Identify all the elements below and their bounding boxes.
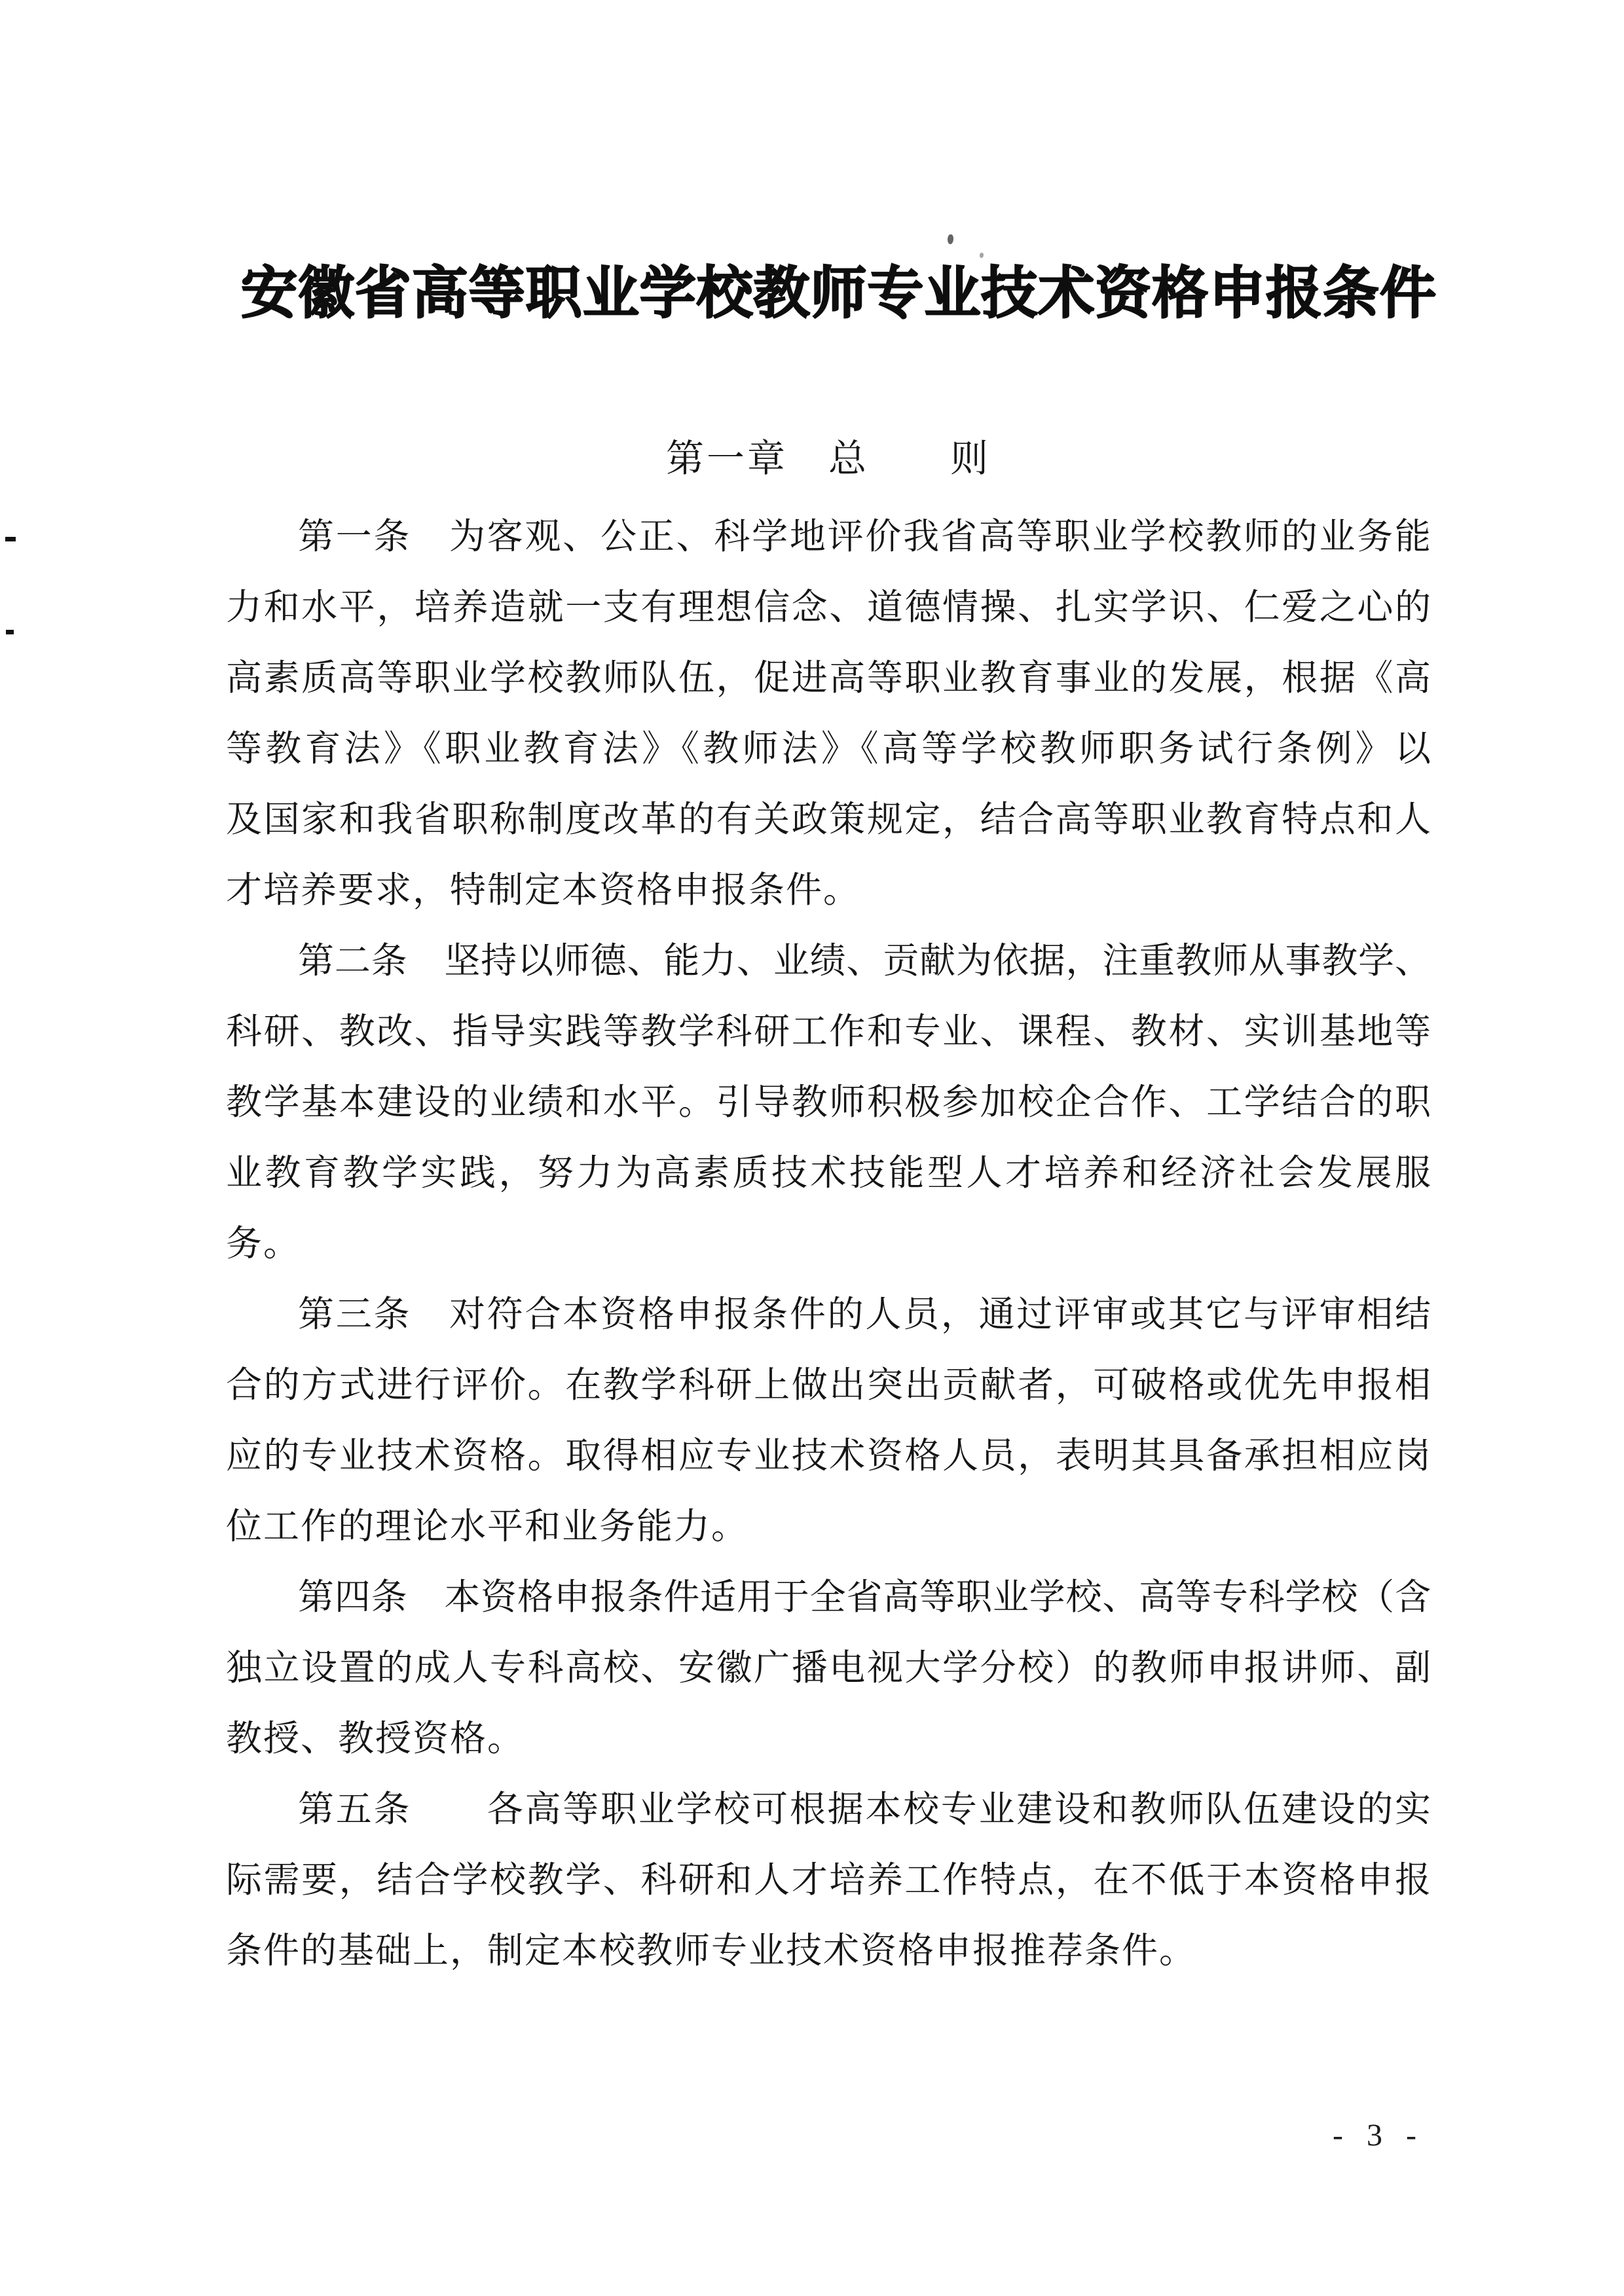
- scan-mark-left-upper: [5, 537, 16, 541]
- body-line: 第一条 为客观、公正、科学地评价我省高等职业学校教师的业务能: [226, 501, 1431, 572]
- body-line: 应的专业技术资格。取得相应专业技术资格人员，表明其具备承担相应岗: [226, 1421, 1431, 1491]
- body-line: 条件的基础上，制定本校教师专业技术资格申报推荐条件。: [226, 1916, 1431, 1986]
- document-body: 第一条 为客观、公正、科学地评价我省高等职业学校教师的业务能 力和水平，培养造就…: [226, 501, 1431, 1986]
- body-line: 第五条 各高等职业学校可根据本校专业建设和教师队伍建设的实: [226, 1774, 1431, 1845]
- scan-speck: [948, 234, 953, 244]
- body-line: 业教育教学实践，努力为高素质技术技能型人才培养和经济社会发展服: [226, 1138, 1431, 1209]
- body-line: 第四条 本资格申报条件适用于全省高等职业学校、高等专科学校（含: [226, 1562, 1431, 1633]
- body-line: 科研、教改、指导实践等教学科研工作和专业、课程、教材、实训基地等: [226, 996, 1431, 1067]
- body-line: 高素质高等职业学校教师队伍，促进高等职业教育事业的发展，根据《高: [226, 643, 1431, 714]
- body-line: 位工作的理论水平和业务能力。: [226, 1491, 1431, 1562]
- body-line: 等教育法》《职业教育法》《教师法》《高等学校教师职务试行条例》以: [226, 714, 1431, 784]
- body-line: 教学基本建设的业绩和水平。引导教师积极参加校企合作、工学结合的职: [226, 1067, 1431, 1138]
- chapter-heading: 第一章 总 则: [226, 437, 1431, 481]
- body-line: 务。: [226, 1209, 1431, 1279]
- body-line: 及国家和我省职称制度改革的有关政策规定，结合高等职业教育特点和人: [226, 784, 1431, 855]
- body-line: 合的方式进行评价。在教学科研上做出突出贡献者，可破格或优先申报相: [226, 1350, 1431, 1421]
- document-page: 安徽省高等职业学校教师专业技术资格申报条件 第一章 总 则 第一条 为客观、公正…: [0, 0, 1624, 2296]
- body-line: 第二条 坚持以师德、能力、业绩、贡献为依据，注重教师从事教学、: [226, 926, 1431, 996]
- body-line: 独立设置的成人专科高校、安徽广播电视大学分校）的教师申报讲师、副: [226, 1633, 1431, 1704]
- body-line: 第三条 对符合本资格申报条件的人员，通过评审或其它与评审相结: [226, 1279, 1431, 1350]
- scan-mark-left-lower: [6, 630, 14, 634]
- body-line: 际需要，结合学校教学、科研和人才培养工作特点，在不低于本资格申报: [226, 1845, 1431, 1916]
- body-line: 力和水平，培养造就一支有理想信念、道德情操、扎实学识、仁爱之心的: [226, 572, 1431, 643]
- page-number: - 3 -: [1300, 2116, 1457, 2155]
- body-line: 才培养要求，特制定本资格申报条件。: [226, 855, 1431, 926]
- document-title: 安徽省高等职业学校教师专业技术资格申报条件: [241, 257, 1436, 330]
- body-line: 教授、教授资格。: [226, 1704, 1431, 1774]
